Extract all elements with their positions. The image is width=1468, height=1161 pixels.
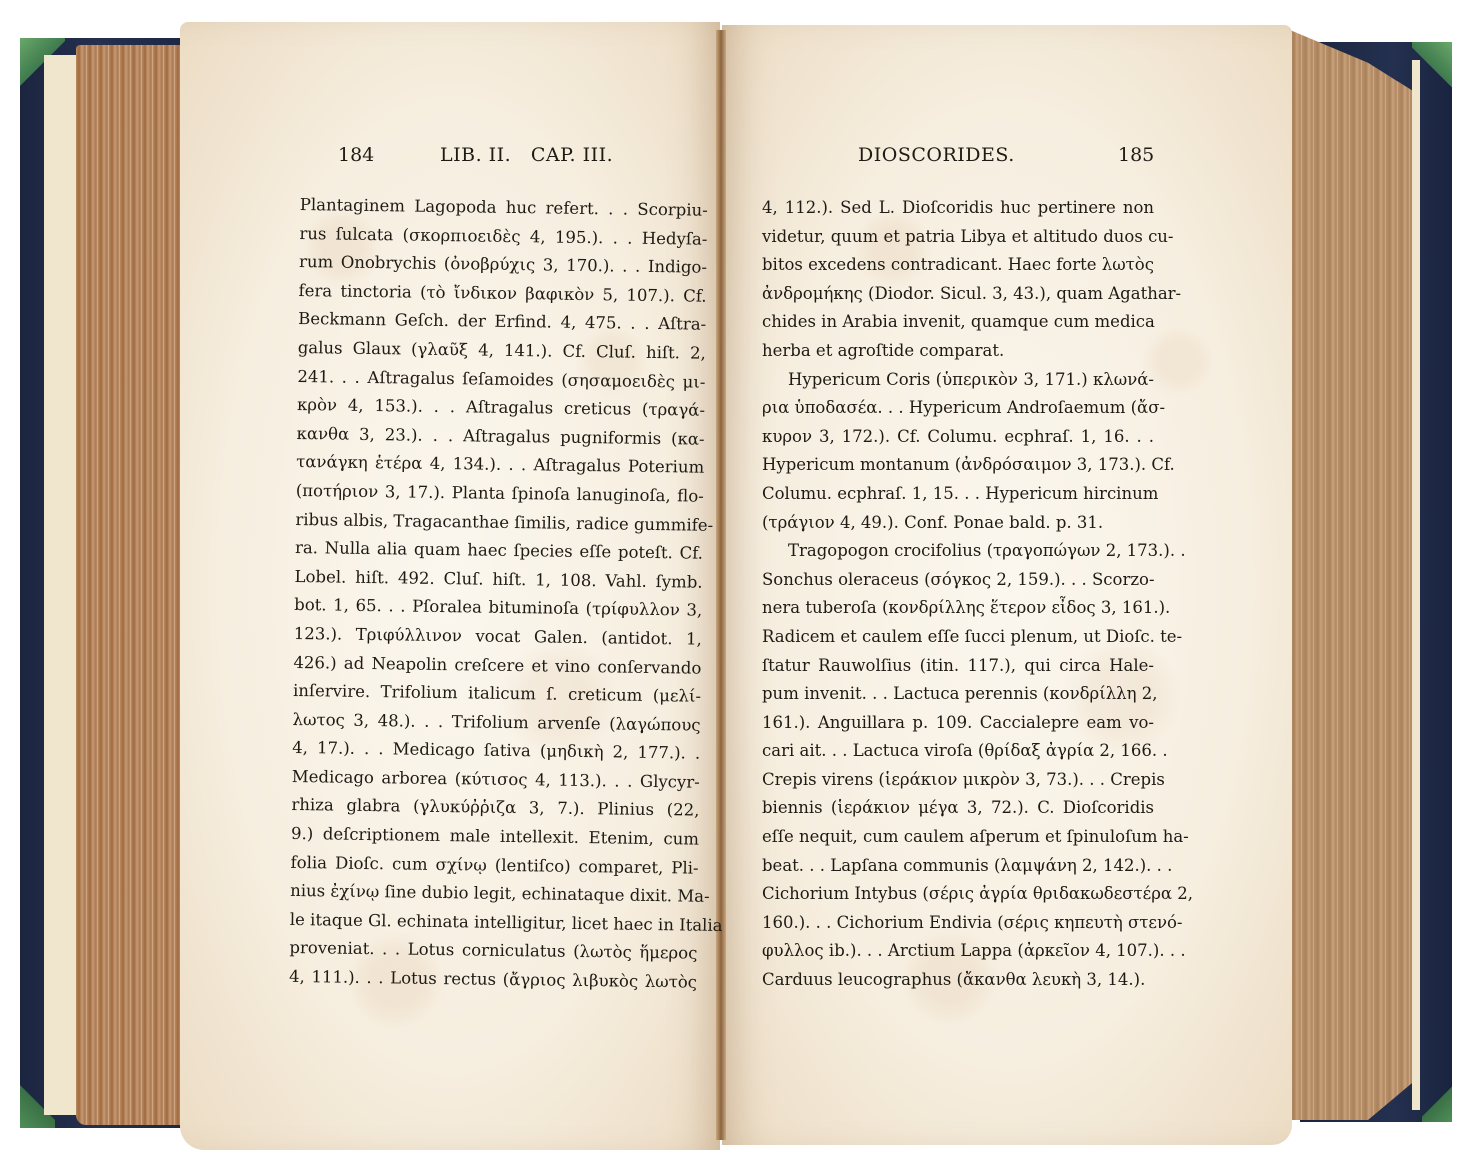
text-line: ſtatur Rauwolſius (itin. 117.), qui circ… [762, 652, 1154, 681]
text-line: 161.). Anguillara p. 109. Caccialepre ea… [762, 709, 1154, 738]
right-page-text: 4, 112.). Sed L. Dioſcoridis huc pertine… [762, 194, 1154, 995]
text-line: pum invenit. . . Lactuca perennis (κονδρ… [762, 680, 1154, 709]
text-line: eſſe nequit, cum caulem aſperum et ſpinu… [762, 823, 1154, 852]
running-head-right: DIOSCORIDES. [858, 144, 1015, 166]
text-line: videtur, quum et patria Libya et altitud… [762, 223, 1154, 252]
book-gutter [716, 30, 726, 1140]
text-line: ἀνδρομήκης (Diodor. Sicul. 3, 43.), quam… [762, 280, 1154, 309]
text-line: nera tuberoſa (κονδρίλλης ἕτερον εἶδος 3… [762, 594, 1154, 623]
page-number-left: 184 [338, 144, 374, 166]
text-line: Cichorium Intybus (σέρις ἀγρία θριδακωδε… [762, 880, 1154, 909]
text-line: Columu. ecphraſ. 1, 15. . . Hypericum hi… [762, 480, 1154, 509]
running-head-left: LIB. II. CAP. III. [440, 144, 613, 166]
text-line: Radicem et caulem eſſe ſucci plenum, ut … [762, 623, 1154, 652]
text-line: 160.). . . Cichorium Endivia (σέρις κηπε… [762, 909, 1154, 938]
text-line: biennis (ἱεράκιον μέγα 3, 72.). C. Dioſc… [762, 794, 1154, 823]
text-line: Sonchus oleraceus (σόγκος 2, 159.). . . … [762, 566, 1154, 595]
text-line: κυρον 3, 172.). Cf. Columu. ecphraſ. 1, … [762, 423, 1154, 452]
text-line: ρια ὑποδασέα. . . Hypericum Androſaemum … [762, 394, 1154, 423]
text-line: Crepis virens (ἱεράκιον μικρὸν 3, 73.). … [762, 766, 1154, 795]
text-line: Carduus leucographus (ἄκανθα λευκὴ 3, 14… [762, 966, 1154, 995]
text-line: 4, 111.). . . Lotus rectus (ἄγριος λιβυκ… [289, 963, 697, 997]
text-line: chides in Arabia invenit, quamque cum me… [762, 308, 1154, 337]
text-line: Hypericum Coris (ὑπερικὸν 3, 171.) κλωνά… [762, 366, 1154, 395]
text-line: φυλλος ib.). . . Arctium Lappa (ἀρκεῖον … [762, 937, 1154, 966]
page-edges-left [76, 45, 196, 1125]
text-line: Tragopogon crocifolius (τραγοπώγων 2, 17… [762, 537, 1154, 566]
text-line: (τράγιον 4, 49.). Conf. Ponae bald. p. 3… [762, 509, 1154, 538]
page-number-right: 185 [1118, 144, 1154, 166]
text-line: beat. . . Lapſana communis (λαμψάνη 2, 1… [762, 852, 1154, 881]
page-edges-right [1290, 30, 1420, 1120]
text-line: Hypericum montanum (ἀνδρόσαιμον 3, 173.)… [762, 451, 1154, 480]
text-line: cari ait. . . Lactuca viroſa (θρίδαξ ἀγρ… [762, 737, 1154, 766]
text-line: bitos excedens contradicant. Haec forte … [762, 251, 1154, 280]
flyleaf-right [1412, 60, 1420, 1110]
text-line: herba et agroſtide comparat. [762, 337, 1154, 366]
text-line: 4, 112.). Sed L. Dioſcoridis huc pertine… [762, 194, 1154, 223]
left-page-text: Plantaginem Lagopoda huc refert. . . Sco… [289, 191, 708, 997]
marbled-corner [1422, 1082, 1452, 1122]
